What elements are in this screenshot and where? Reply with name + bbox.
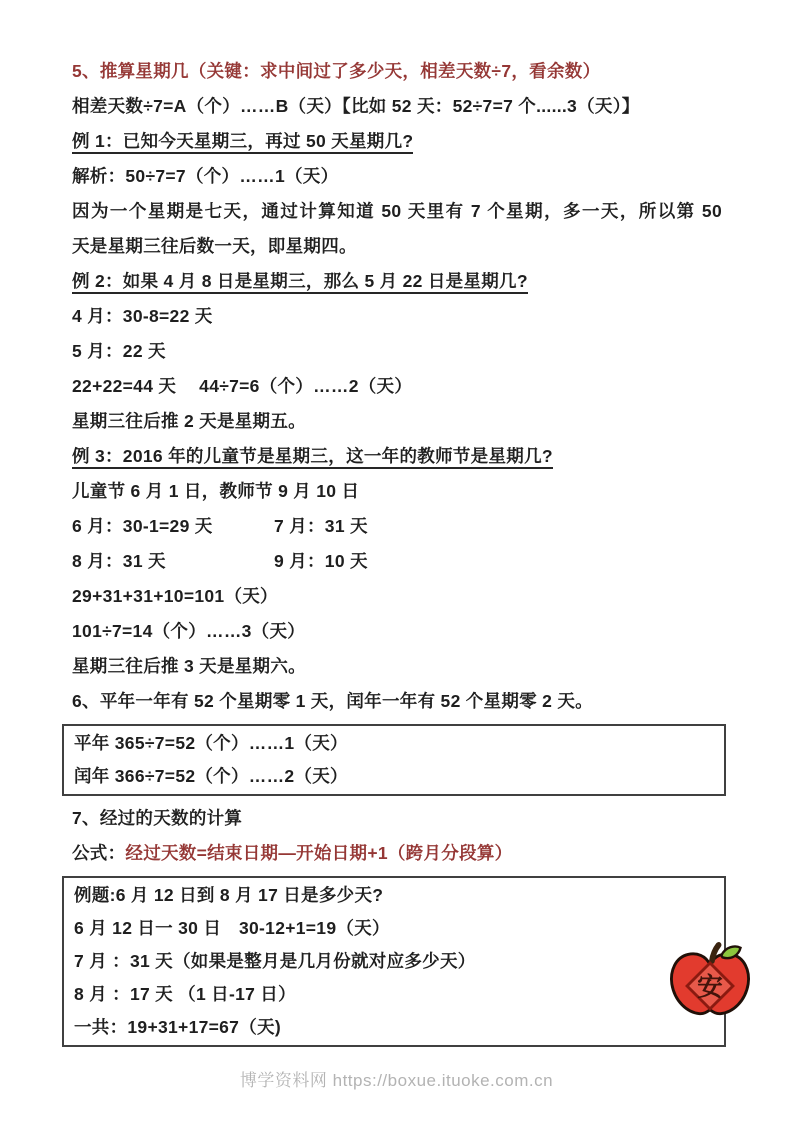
formula-label: 公式： xyxy=(72,843,125,863)
example3-title: 例 3：2016 年的儿童节是星期三，这一年的教师节是星期几? xyxy=(72,439,722,474)
july-days: 7 月：31 天 xyxy=(274,516,368,536)
example2-april-days: 4 月：30-8=22 天 xyxy=(72,299,722,334)
june-days: 6 月：30-1=29 天 xyxy=(72,509,274,544)
footer-watermark: 博学资料网 https://boxue.ituoke.com.cn xyxy=(0,1066,793,1091)
example3-division: 101÷7=14（个）……3（天） xyxy=(72,614,722,649)
example3-months-row2: 8 月：31 天9 月：10 天 xyxy=(72,544,722,579)
example3-sum: 29+31+31+10=101（天） xyxy=(72,579,722,614)
leap-year-calc: 闰年 366÷7=52（个）……2（天） xyxy=(74,760,718,793)
example1-explanation-line2: 天是星期三往后数一天，即星期四。 xyxy=(72,229,722,264)
example2-title-text: 例 2：如果 4 月 8 日是星期三，那么 5 月 22 日是星期几? xyxy=(72,271,528,294)
example1-explanation-line1: 因为一个星期是七天，通过计算知道 50 天里有 7 个星期，多一天，所以第 50 xyxy=(72,194,722,229)
example2-total-calc: 22+22=44 天 44÷7=6（个）……2（天） xyxy=(72,369,722,404)
september-days: 9 月：10 天 xyxy=(274,551,368,571)
notes-content: 5、推算星期几（关键：求中间过了多少天，相差天数÷7，看余数） 相差天数÷7=A… xyxy=(72,54,722,1052)
example3-answer: 星期三往后推 3 天是星期六。 xyxy=(72,649,722,684)
august-days: 8 月：31 天 xyxy=(72,544,274,579)
example1-title: 例 1：已知今天星期三，再过 50 天星期几? xyxy=(72,124,722,159)
formula-text: 经过天数=结束日期—开始日期+1（跨月分段算） xyxy=(125,843,512,863)
example2-title: 例 2：如果 4 月 8 日是星期三，那么 5 月 22 日是星期几? xyxy=(72,264,722,299)
elapsed-days-box: 例题:6 月 12 日到 8 月 17 日是多少天? 6 月 12 日一 30 … xyxy=(62,876,726,1047)
section6-heading: 6、平年一年有 52 个星期零 1 天，闰年一年有 52 个星期零 2 天。 xyxy=(72,684,722,719)
document-page: 5、推算星期几（关键：求中间过了多少天，相差天数÷7，看余数） 相差天数÷7=A… xyxy=(0,0,793,1122)
section5-formula-note: 相差天数÷7=A（个）……B（天）【比如 52 天：52÷7=7 个......… xyxy=(72,89,722,124)
example1-title-text: 例 1：已知今天星期三，再过 50 天星期几? xyxy=(72,131,413,154)
section5-heading: 5、推算星期几（关键：求中间过了多少天，相差天数÷7，看余数） xyxy=(72,54,722,89)
section7-heading: 7、经过的天数的计算 xyxy=(72,801,722,836)
common-year-calc: 平年 365÷7=52（个）……1（天） xyxy=(74,727,718,760)
elapsed-august-days: 8 月 ：17 天 （1 日-17 日） xyxy=(74,978,718,1011)
example2-may-days: 5 月：22 天 xyxy=(72,334,722,369)
elapsed-july-days: 7 月 ：31 天（如果是整月是几月份就对应多少天） xyxy=(74,945,718,978)
apple-sticker-icon: 安 xyxy=(668,942,752,1028)
year-weeks-box: 平年 365÷7=52（个）……1（天） 闰年 366÷7=52（个）……2（天… xyxy=(62,724,726,796)
apple-badge-character: 安 xyxy=(697,973,723,1002)
elapsed-june-calc: 6 月 12 日一 30 日 30-12+1=19（天） xyxy=(74,912,718,945)
section7-formula: 公式：经过天数=结束日期—开始日期+1（跨月分段算） xyxy=(72,836,722,871)
example3-festival-dates: 儿童节 6 月 1 日，教师节 9 月 10 日 xyxy=(72,474,722,509)
example1-solution: 解析：50÷7=7（个）……1（天） xyxy=(72,159,722,194)
elapsed-total: 一共：19+31+17=67（天) xyxy=(74,1011,718,1044)
example3-months-row1: 6 月：30-1=29 天7 月：31 天 xyxy=(72,509,722,544)
example2-answer: 星期三往后推 2 天是星期五。 xyxy=(72,404,722,439)
example3-title-text: 例 3：2016 年的儿童节是星期三，这一年的教师节是星期几? xyxy=(72,446,553,469)
elapsed-example-question: 例题:6 月 12 日到 8 月 17 日是多少天? xyxy=(74,879,718,912)
